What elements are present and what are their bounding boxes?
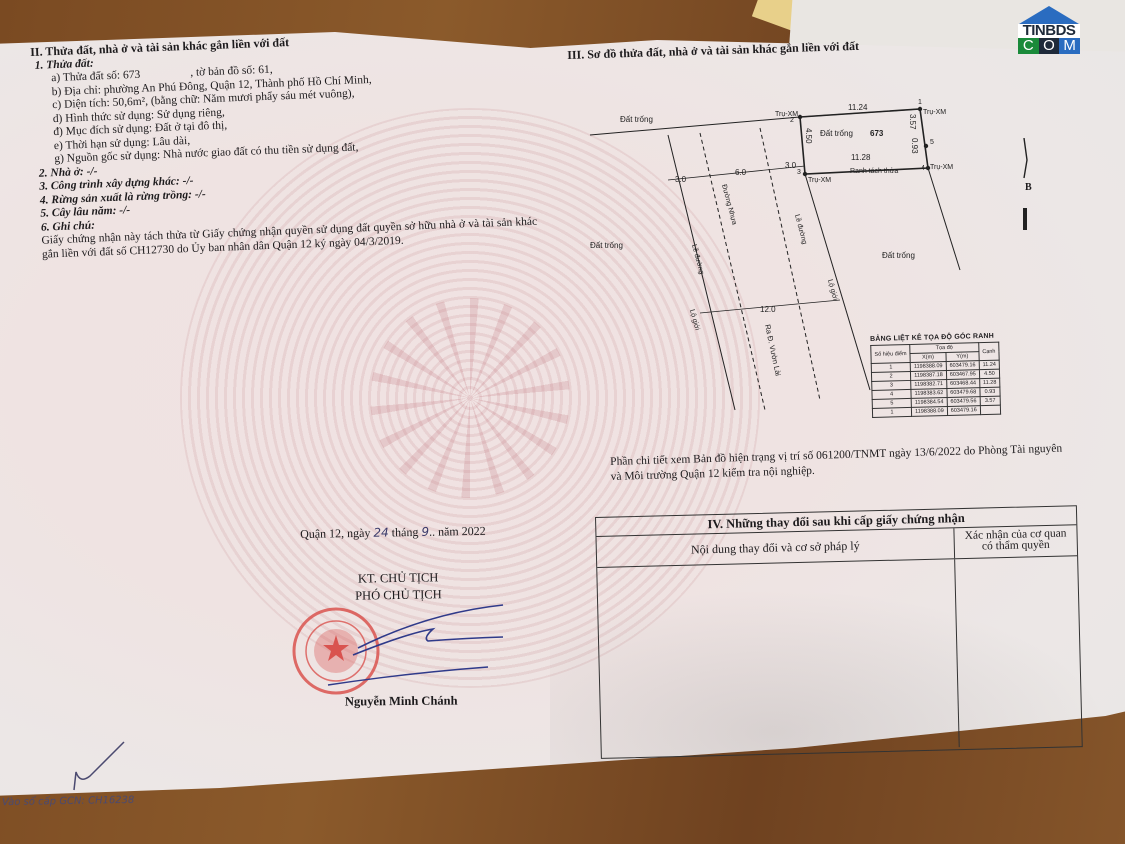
logo-text-top: TINBDS (1018, 24, 1080, 38)
svg-text:4.50: 4.50 (804, 128, 813, 144)
date-prefix: Quận 12, ngày (300, 526, 371, 541)
svg-text:Lộ giới: Lộ giới (826, 279, 838, 302)
svg-text:Đường Nhựa: Đường Nhựa (720, 184, 738, 226)
svg-text:3.57: 3.57 (908, 114, 917, 130)
date-year: 2022 (462, 524, 486, 538)
handwritten-register-note: Vào sổ cấp GCN: CH16238 (2, 795, 135, 808)
month-prefix: tháng (392, 525, 419, 539)
coordinate-cell-x: 1198388.09 (911, 407, 947, 417)
svg-text:Ra Đ. Vườn Lài: Ra Đ. Vườn Lài (763, 324, 783, 378)
svg-text:12.0: 12.0 (760, 305, 776, 314)
svg-text:Lề đường: Lề đường (690, 243, 707, 275)
svg-text:Trụ-XM: Trụ-XM (775, 111, 798, 118)
svg-text:3: 3 (797, 169, 801, 176)
signer-name: Nguyễn Minh Chánh (345, 694, 458, 710)
svg-text:1: 1 (918, 99, 922, 106)
svg-text:Ranh tách thửa: Ranh tách thửa (850, 167, 898, 175)
logo-letter-m: M (1059, 38, 1080, 54)
authority-confirmation-header: Xác nhận của cơ quan có thẩm quyền (954, 525, 1077, 558)
svg-text:Trụ-XM: Trụ-XM (923, 109, 946, 116)
svg-text:4: 4 (921, 165, 925, 172)
tinbds-logo: TINBDS C O M (1018, 6, 1080, 64)
svg-text:11.24: 11.24 (848, 103, 868, 112)
logo-text-bottom: C O M (1018, 38, 1080, 54)
svg-text:6.0: 6.0 (735, 168, 747, 177)
authority-confirmation-cell (955, 556, 1082, 747)
date-month: 9 (421, 525, 429, 539)
col-edge: Cạnh (978, 342, 999, 361)
changes-content-cell (597, 559, 959, 756)
svg-text:2: 2 (790, 117, 794, 124)
year-prefix: năm (438, 524, 459, 538)
svg-text:Đất trống: Đất trống (590, 241, 623, 250)
section-land-info: II. Thửa đất, nhà ở và tài sản khác gắn … (30, 27, 538, 262)
svg-text:5: 5 (930, 139, 934, 146)
coordinate-cell-y: 603479.16 (947, 406, 980, 416)
svg-text:Lề đường: Lề đường (793, 213, 810, 245)
svg-text:Trụ-XM: Trụ-XM (930, 164, 953, 171)
svg-text:11.28: 11.28 (851, 153, 871, 162)
svg-text:Lộ giới: Lộ giới (688, 309, 700, 332)
date-day: 24 (373, 525, 389, 539)
logo-letter-o: O (1039, 38, 1060, 54)
signer-title-line1: KT. CHỦ TỊCH (355, 569, 442, 588)
svg-text:0.93: 0.93 (910, 138, 919, 154)
logo-letter-c: C (1018, 38, 1039, 54)
svg-text:3.0: 3.0 (785, 161, 797, 170)
svg-text:Đất trống: Đất trống (820, 129, 853, 138)
svg-text:673: 673 (870, 129, 884, 138)
svg-text:Đất trống: Đất trống (620, 115, 653, 124)
north-arrow: B (1015, 138, 1035, 241)
coordinate-table: BẢNG LIỆT KÊ TỌA ĐỘ GÓC RANH Số hiệu điể… (870, 333, 1001, 418)
coordinate-cell-p: 1 (872, 407, 911, 417)
coordinate-cell-edge (980, 405, 1001, 415)
svg-text:3.0: 3.0 (675, 175, 687, 184)
svg-text:Trụ-XM: Trụ-XM (808, 177, 831, 184)
north-label: B (1025, 182, 1032, 193)
handwritten-checkmark (60, 740, 140, 800)
svg-text:Đất trống: Đất trống (882, 251, 915, 260)
parcel-number-text: a) Thửa đất số: 673 (51, 69, 140, 84)
changes-table: IV. Những thay đổi sau khi cấp giấy chứn… (595, 505, 1083, 759)
col-point: Số hiệu điểm (871, 344, 911, 363)
